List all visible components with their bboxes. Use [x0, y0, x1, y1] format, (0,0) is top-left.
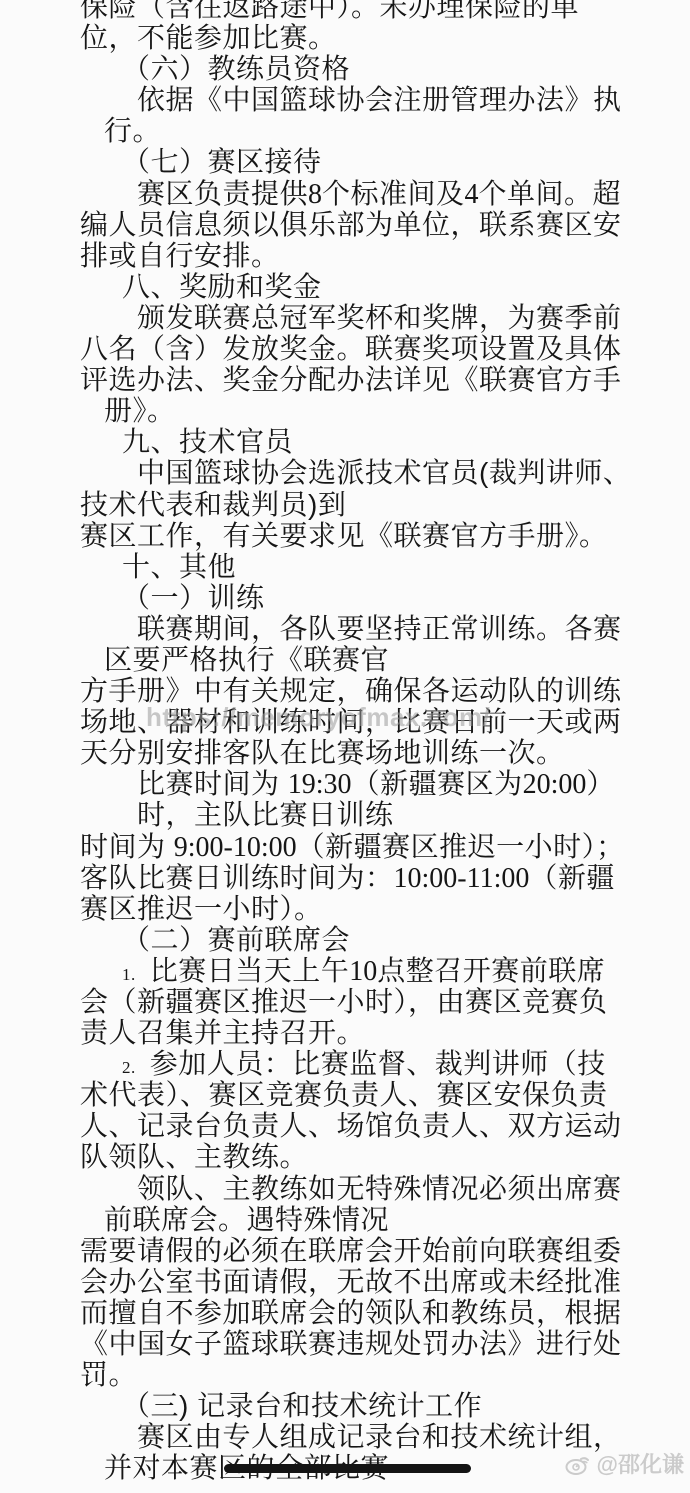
text-line: 赛区推迟一小时）。	[80, 893, 680, 924]
text-line: 保险（含往返路途中）。未办理保险的单	[80, 0, 680, 22]
text-line: 队领队、主教练。	[80, 1141, 680, 1172]
text-line: 编人员信息须以俱乐部为单位，联系赛区安	[80, 209, 680, 240]
text-line: 人、记录台负责人、场馆负责人、双方运动	[80, 1110, 680, 1141]
text-line: 术代表）、赛区竞赛负责人、赛区安保负责	[80, 1079, 680, 1110]
text-line: 八、奖励和奖金	[80, 271, 680, 302]
weibo-logo-icon	[565, 1453, 591, 1475]
text-line: 时间为 9:00-10:00（新疆赛区推迟一小时）；	[80, 831, 680, 862]
weibo-watermark: @邵化谦	[565, 1448, 684, 1479]
text-line: 册》。	[80, 395, 680, 426]
strike-line-mark	[224, 1464, 471, 1473]
text-line: 而擅自不参加联席会的领队和教练员，根据	[80, 1297, 680, 1328]
text-line: （一）训练	[80, 582, 680, 613]
numeric-text: 8	[308, 179, 322, 210]
text-line: 八名（含）发放奖金。联赛奖项设置及具体	[80, 333, 680, 364]
list-number: 1.	[122, 965, 136, 984]
text-line: （六）教练员资格	[80, 53, 680, 84]
text-line: 中国篮球协会选派技术官员(裁判讲师、	[80, 457, 680, 488]
text-line: 十、其他	[80, 551, 680, 582]
text-line: 会办公室书面请假，无故不出席或未经批准	[80, 1266, 680, 1297]
url-watermark: https://memoryofmax.com/	[146, 702, 490, 733]
text-line: 联赛期间，各队要坚持正常训练。各赛	[80, 613, 680, 644]
numeric-text: 20:00	[523, 769, 587, 800]
numeric-text: 9:00-10:00	[174, 832, 297, 863]
text-line: 领队、主教练如无特殊情况必须出席赛	[80, 1173, 680, 1204]
text-line: 九、技术官员	[80, 426, 680, 457]
text-line: （二）赛前联席会	[80, 924, 680, 955]
text-line: 《中国女子篮球联赛违规处罚办法》进行处	[80, 1328, 680, 1359]
numeric-text: 19:30	[288, 769, 352, 800]
text-line: 区要严格执行《联赛官	[80, 644, 680, 675]
text-line: 赛区负责提供8个标准间及4个单间。超	[80, 178, 680, 209]
text-line: 需要请假的必须在联席会开始前向联赛组委	[80, 1235, 680, 1266]
weibo-handle: @邵化谦	[597, 1448, 684, 1479]
text-line: 1.比赛日当天上午10点整召开赛前联席	[80, 955, 680, 986]
numeric-text: 4	[465, 179, 479, 210]
text-line: 颁发联赛总冠军奖杯和奖牌，为赛季前	[80, 302, 680, 333]
text-line: （三) 记录台和技术统计工作	[80, 1390, 680, 1421]
text-line: 评选办法、奖金分配办法详见《联赛官方手	[80, 364, 680, 395]
text-line: 天分别安排客队在比赛场地训练一次。	[80, 737, 680, 768]
text-line: （七）赛区接待	[80, 146, 680, 177]
text-line: 时，主队比赛日训练	[80, 799, 680, 830]
text-line: 责人召集并主持召开。	[80, 1017, 680, 1048]
document-lines: 保险（含往返路途中）。未办理保险的单位，不能参加比赛。（六）教练员资格依据《中国…	[80, 0, 680, 1484]
text-line: 排或自行安排。	[80, 240, 680, 271]
text-line: 客队比赛日训练时间为：10:00-11:00（新疆	[80, 862, 680, 893]
list-number: 2.	[122, 1058, 136, 1077]
text-line: 行。	[80, 115, 680, 146]
text-line: 依据《中国篮球协会注册管理办法》执	[80, 84, 680, 115]
numeric-text: 10	[349, 956, 377, 987]
text-line: 比赛时间为 19:30（新疆赛区为20:00）	[80, 768, 680, 799]
document-photo-page: 保险（含往返路途中）。未办理保险的单位，不能参加比赛。（六）教练员资格依据《中国…	[0, 0, 690, 1493]
text-line: 位，不能参加比赛。	[80, 22, 680, 53]
text-line: 罚。	[80, 1359, 680, 1390]
text-line: 赛区工作，有关要求见《联赛官方手册》。	[80, 520, 680, 551]
text-line: 2.参加人员：比赛监督、裁判讲师（技	[80, 1048, 680, 1079]
text-line: 前联席会。遇特殊情况	[80, 1204, 680, 1235]
text-line: 会（新疆赛区推迟一小时），由赛区竞赛负	[80, 986, 680, 1017]
text-line: 技术代表和裁判员)到	[80, 489, 680, 520]
numeric-text: 10:00-11:00	[394, 863, 530, 894]
